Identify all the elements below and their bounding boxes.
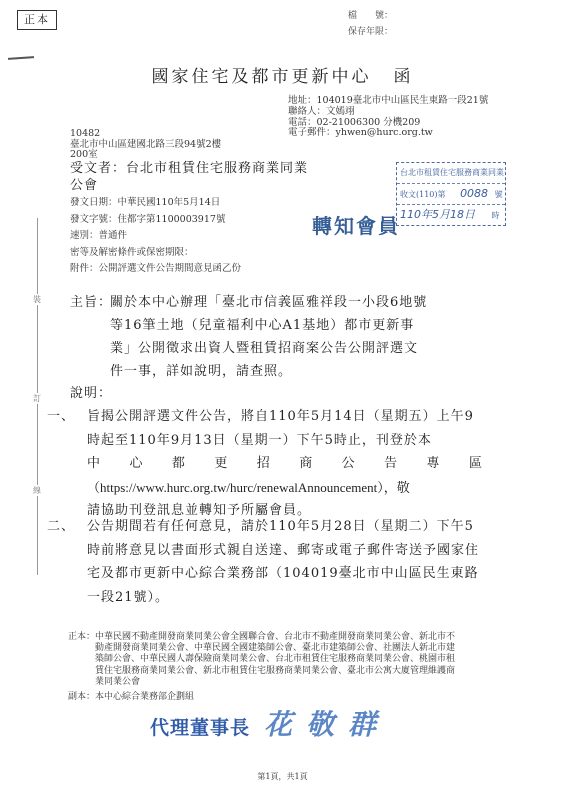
issue-date: 發文日期：中華民國110年5月14日 xyxy=(70,195,241,212)
retention-period-label: 保存年限： xyxy=(348,24,393,40)
original-copy-mark: 正本 xyxy=(17,10,57,30)
subject-label: 主旨： xyxy=(70,291,112,314)
recipient-postal-code: 10482 xyxy=(70,129,221,140)
forward-to-members-stamp: 轉知會員 xyxy=(312,210,400,239)
item-number: 二、 xyxy=(47,515,75,539)
recipient: 受文者：台北市租賃住宅服務商業同業公會 xyxy=(70,160,310,194)
distribution-copy: 副本：本中心綜合業務部企劃組 xyxy=(68,689,194,702)
stamp-date-text: 110年5月18日 xyxy=(400,208,475,221)
stamp-receipt-prefix: 收文(110)第 xyxy=(400,190,446,199)
file-meta: 檔 號： 保存年限： xyxy=(348,8,393,40)
sender-email: 電子郵件：yhwen@hurc.org.tw xyxy=(288,128,488,139)
issuing-agency: 國家住宅及都市更新中心 xyxy=(152,67,372,87)
distribution-copy-label: 副本： xyxy=(68,692,95,702)
signer-title: 代理董事長 xyxy=(150,717,250,739)
explanation-item-2: 二、 公告期間若有任何意見，請於110年5月28日（星期二）下午5時前將意見以書… xyxy=(47,515,483,609)
stamp-receipt-number: 收文(110)第 0088 號 xyxy=(397,184,505,205)
document-title: 國家住宅及都市更新中心函 xyxy=(0,62,565,87)
distribution-main-label: 正本： xyxy=(68,632,95,643)
distribution-main: 正本： 中華民國不動產開發商業同業公會全國聯合會、台北市不動產開發商業同業公會、… xyxy=(68,632,460,688)
binding-mark-ding: 訂 xyxy=(33,393,41,404)
signature-block: 代理董事長花敬群 xyxy=(150,703,390,743)
binding-mark-xian: 線 xyxy=(33,485,41,496)
signer-name: 花敬群 xyxy=(264,708,390,741)
stamp-date: 110年5月18日 時 xyxy=(397,205,505,225)
explanation-label: 說明： xyxy=(70,382,112,401)
recipient-address: 10482 臺北市中山區建國北路三段94號2樓 200室 xyxy=(70,129,221,161)
stamp-receipt-no: 0088 xyxy=(460,187,488,200)
document-fields: 發文日期：中華民國110年5月14日 發文字號：住都字第1100003917號 … xyxy=(70,195,241,278)
stamp-time-suffix: 時 xyxy=(492,211,500,220)
page-indicator: 第1頁，共1頁 xyxy=(0,771,565,782)
subject: 主旨： 關於本中心辦理「臺北市信義區雅祥段一小段6地號等16筆土地（兒童福利中心… xyxy=(70,291,430,383)
distribution-copy-list: 本中心綜合業務部企劃組 xyxy=(95,692,194,702)
explanation-item-1: 一、 旨揭公開評選文件公告，將自110年5月14日（星期五）上午9時起至110年… xyxy=(47,405,483,523)
pen-stroke-mark xyxy=(8,56,34,60)
receipt-stamp: 台北市租賃住宅服務商業同業公會 收文(110)第 0088 號 110年5月18… xyxy=(396,162,506,226)
item-number: 一、 xyxy=(47,405,75,429)
reference-number: 發文字號：住都字第1100003917號 xyxy=(70,212,241,229)
sender-info: 地址：104019臺北市中山區民生東路一段21號 聯絡人：文嫣翊 電話：02-2… xyxy=(288,96,488,139)
item-text: 公告期間若有任何意見，請於110年5月28日（星期二）下午5時前將意見以書面形式… xyxy=(87,515,483,609)
confidentiality: 密等及解密條件或保密期限： xyxy=(70,245,241,262)
stamp-receipt-suffix: 號 xyxy=(495,190,503,199)
stamp-organization: 台北市租賃住宅服務商業同業公會 xyxy=(397,163,505,184)
document-type: 函 xyxy=(394,67,414,87)
subject-text: 關於本中心辦理「臺北市信義區雅祥段一小段6地號等16筆土地（兒童福利中心A1基地… xyxy=(110,291,430,383)
delivery-speed: 速別：普通件 xyxy=(70,228,241,245)
distribution-main-list: 中華民國不動產開發商業同業公會全國聯合會、台北市不動產開發商業同業公會、新北市不… xyxy=(95,632,460,688)
attachment: 附件：公開評選文件公告期間意見函乙份 xyxy=(70,261,241,278)
file-number-label: 檔 號： xyxy=(348,8,393,24)
item-text: 旨揭公開評選文件公告，將自110年5月14日（星期五）上午9時起至110年9月1… xyxy=(87,405,483,452)
recipient-address-line2: 200室 xyxy=(70,150,221,161)
binding-mark-zhuang: 裝 xyxy=(33,294,41,305)
sender-contact: 聯絡人：文嫣翊 xyxy=(288,107,488,118)
item-text-spread: 中心都更招商公告專區 xyxy=(87,452,483,476)
announcement-url[interactable]: （https://www.hurc.org.tw/hurc/renewalAnn… xyxy=(87,476,483,500)
